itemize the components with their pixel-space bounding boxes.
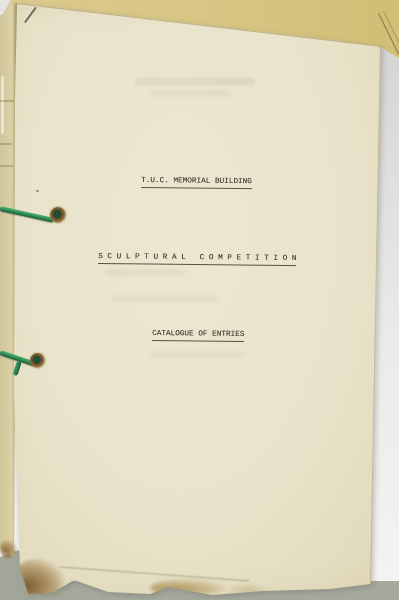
- paper-crease: [60, 566, 250, 581]
- paper-speck: [36, 190, 39, 192]
- title-text: T.U.C. MEMORIAL BUILDING: [141, 177, 252, 189]
- document-photo: T.U.C. MEMORIAL BUILDING S C U L P T U R…: [0, 0, 399, 600]
- stain-bottom-center-small: [226, 584, 268, 595]
- page-right-edge-shadow: [370, 46, 381, 585]
- show-through-smudge: [112, 296, 217, 301]
- show-through-smudge: [150, 91, 230, 96]
- page-top-edge-shadow: [17, 3, 381, 47]
- catalogue-line: CATALOGUE OF ENTRIES: [152, 330, 244, 342]
- competition-line: S C U L P T U R A L C O M P E T I T I O …: [98, 253, 296, 266]
- catalogue-text: CATALOGUE OF ENTRIES: [152, 330, 244, 342]
- binding-eyelet-top: [50, 207, 66, 223]
- stain-bottom-center: [150, 579, 225, 596]
- show-through-smudge: [135, 78, 255, 85]
- competition-text: S C U L P T U R A L C O M P E T I T I O …: [98, 253, 296, 266]
- binding-eyelet-bottom: [30, 353, 45, 368]
- stain-bottom-left-corner: [13, 558, 65, 598]
- pencil-mark: [24, 7, 36, 23]
- title-line: T.U.C. MEMORIAL BUILDING: [141, 177, 252, 189]
- cover-page-wrapper: T.U.C. MEMORIAL BUILDING S C U L P T U R…: [0, 0, 399, 600]
- show-through-smudge: [150, 352, 245, 357]
- show-through-smudge: [105, 270, 185, 275]
- cover-page: T.U.C. MEMORIAL BUILDING S C U L P T U R…: [0, 0, 399, 600]
